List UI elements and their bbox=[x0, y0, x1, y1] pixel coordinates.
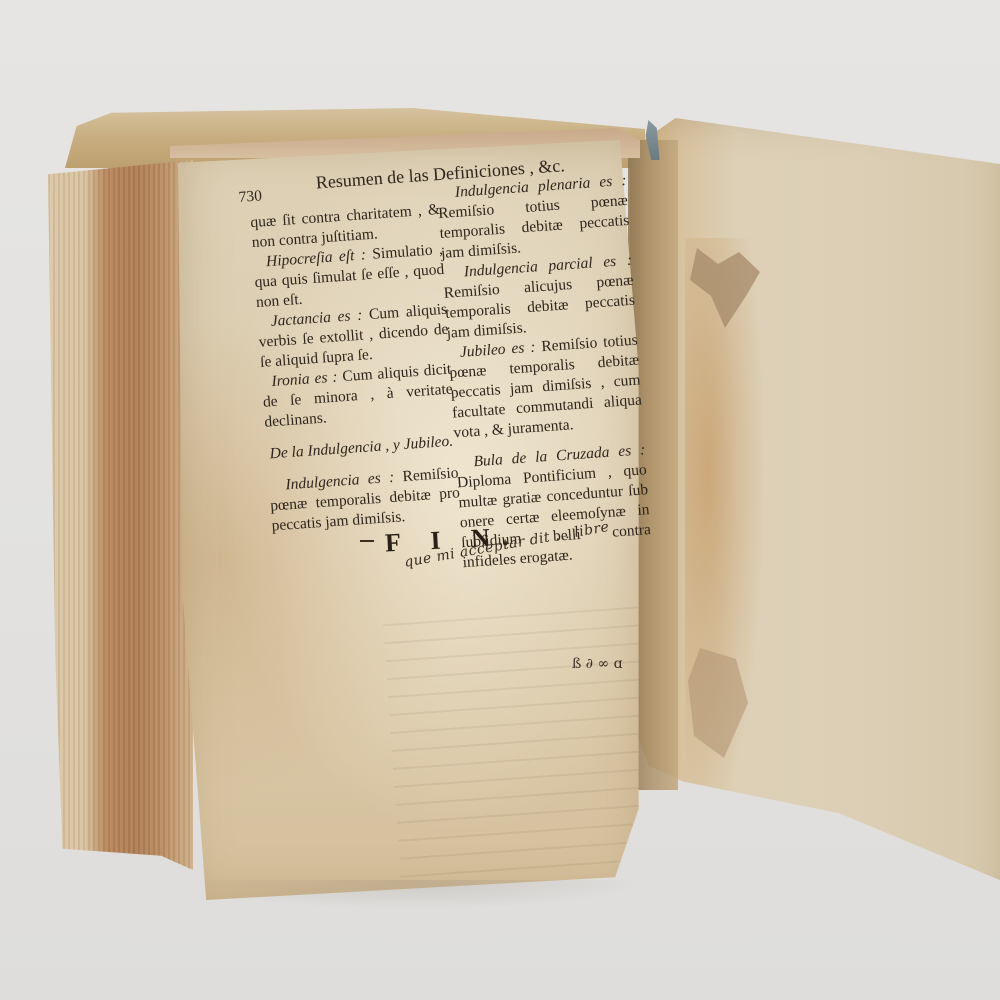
definition-indulgencia-plenaria: Indulgencia plenaria es : Remiſsio totiu… bbox=[436, 171, 631, 264]
left-column: quæ ſit contra charitatem , & non contra… bbox=[250, 200, 462, 536]
definition-indulgencia-parcial: Indulgencia parcial es : Remiſsio alicuj… bbox=[442, 251, 637, 344]
book-photo-scene: 730 Resumen de las Definiciones , &c. qu… bbox=[0, 0, 1000, 1000]
section-heading: De la Indulgencia , y Jubileo. bbox=[266, 431, 457, 464]
page-fore-edge bbox=[48, 160, 193, 870]
definition-ironia: Ironia es : Cum aliquis dicit de ſe mino… bbox=[261, 360, 455, 433]
margin-marks: ß ∂ ∞ ɑ bbox=[572, 655, 623, 673]
right-column: Indulgencia plenaria es : Remiſsio totiu… bbox=[436, 171, 653, 573]
back-cover-vellum bbox=[630, 118, 1000, 908]
floor-shadow bbox=[180, 880, 650, 910]
definition-jubileo: Jubileo es : Remiſsio totius pœnæ tempor… bbox=[447, 331, 644, 444]
page-number: 730 bbox=[238, 186, 263, 208]
fin-dash bbox=[360, 540, 374, 542]
